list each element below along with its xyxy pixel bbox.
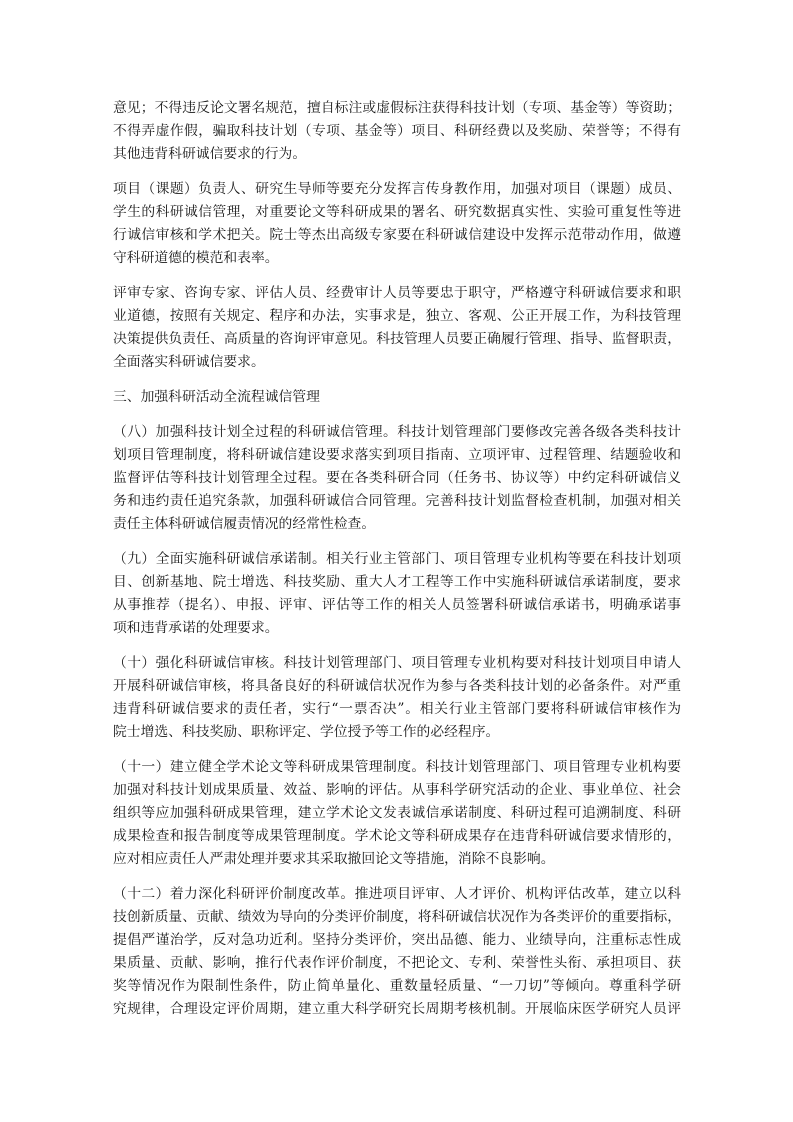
text-line: 其他违背科研诚信要求的行为。 [113, 143, 681, 166]
text-line: 目、创新基地、院士增选、科技奖励、重大人才工程等工作中实施科研诚信承诺制度，要求 [113, 571, 681, 594]
text-line: 项和违背承诺的处理要求。 [113, 617, 681, 640]
text-line: 业道德，按照有关规定、程序和办法，实事求是，独立、客观、公正开展工作，为科技管理 [113, 305, 681, 328]
text-line: 组织等应加强科研成果管理，建立学术论文发表诚信承诺制度、科研过程可追溯制度、科研 [113, 802, 681, 825]
text-line: 院士增选、科技奖励、职称评定、学位授予等工作的必经程序。 [113, 721, 681, 744]
text-line: 违背科研诚信要求的责任者，实行“一票否决”。相关行业主管部门要将科研诚信审核作为 [113, 698, 681, 721]
text-line: 划项目管理制度，将科研诚信建设要求落实到项目指南、立项评审、过程管理、结题验收和 [113, 444, 681, 467]
text-line: 加强对科技计划成果质量、效益、影响的评估。从事科学研究活动的企业、事业单位、社会 [113, 779, 681, 802]
text-line: 行诚信审核和学术把关。院士等杰出高级专家要在科研诚信建设中发挥示范带动作用，做遵 [113, 224, 681, 247]
text-line: （十）强化科研诚信审核。科技计划管理部门、项目管理专业机构要对科技计划项目申请人 [113, 652, 681, 675]
text-line: （十二）着力深化科研评价制度改革。推进项目评审、人才评价、机构评估改革，建立以科 [113, 883, 681, 906]
text-line: 果质量、贡献、影响，推行代表作评价制度，不把论文、专利、荣誉性头衔、承担项目、获 [113, 952, 681, 975]
text-line: 技创新质量、贡献、绩效为导向的分类评价制度，将科研诚信状况作为各类评价的重要指标… [113, 906, 681, 929]
text-line: 责任主体科研诚信履责情况的经常性检查。 [113, 513, 681, 536]
paragraph: （十二）着力深化科研评价制度改革。推进项目评审、人才评价、机构评估改革，建立以科… [113, 883, 681, 1021]
text-line: 提倡严谨治学，反对急功近利。坚持分类评价，突出品德、能力、业绩导向，注重标志性成 [113, 929, 681, 952]
text-line: （九）全面实施科研诚信承诺制。相关行业主管部门、项目管理专业机构等要在科技计划项 [113, 548, 681, 571]
document-body: 意见；不得违反论文署名规范，擅自标注或虚假标注获得科技计划（专项、基金等）等资助… [113, 97, 681, 1021]
text-line: （十一）建立健全学术论文等科研成果管理制度。科技计划管理部门、项目管理专业机构要 [113, 756, 681, 779]
paragraph: 项目（课题）负责人、研究生导师等要充分发挥言传身教作用，加强对项目（课题）成员、… [113, 178, 681, 270]
text-line: 奖等情况作为限制性条件，防止简单量化、重数量轻质量、“一刀切”等倾向。尊重科学研 [113, 975, 681, 998]
paragraph: （十一）建立健全学术论文等科研成果管理制度。科技计划管理部门、项目管理专业机构要… [113, 756, 681, 871]
paragraph: （九）全面实施科研诚信承诺制。相关行业主管部门、项目管理专业机构等要在科技计划项… [113, 548, 681, 640]
text-line: 开展科研诚信审核，将具备良好的科研诚信状况作为参与各类科技计划的必备条件。对严重 [113, 675, 681, 698]
text-line: 学生的科研诚信管理，对重要论文等科研成果的署名、研究数据真实性、实验可重复性等进 [113, 201, 681, 224]
text-line: 评审专家、咨询专家、评估人员、经费审计人员等要忠于职守，严格遵守科研诚信要求和职 [113, 282, 681, 305]
paragraph: （八）加强科技计划全过程的科研诚信管理。科技计划管理部门要修改完善各级各类科技计… [113, 421, 681, 536]
text-line: 从事推荐（提名）、申报、评审、评估等工作的相关人员签署科研诚信承诺书，明确承诺事 [113, 594, 681, 617]
text-line: 决策提供负责任、高质量的咨询评审意见。科技管理人员要正确履行管理、指导、监督职责… [113, 328, 681, 351]
text-line: 务和违约责任追究条款，加强科研诚信合同管理。完善科技计划监督检查机制，加强对相关 [113, 490, 681, 513]
text-line: 究规律，合理设定评价周期，建立重大科学研究长周期考核机制。开展临床医学研究人员评 [113, 998, 681, 1021]
paragraph: 评审专家、咨询专家、评估人员、经费审计人员等要忠于职守，严格遵守科研诚信要求和职… [113, 282, 681, 374]
text-line: 应对相应责任人严肃处理并要求其采取撤回论文等措施，消除不良影响。 [113, 848, 681, 871]
section-heading: 三、加强科研活动全流程诚信管理 [113, 386, 681, 409]
paragraph: （十）强化科研诚信审核。科技计划管理部门、项目管理专业机构要对科技计划项目申请人… [113, 652, 681, 744]
document-page: 意见；不得违反论文署名规范，擅自标注或虚假标注获得科技计划（专项、基金等）等资助… [0, 0, 793, 1122]
text-line: 全面落实科研诚信要求。 [113, 351, 681, 374]
text-line: 意见；不得违反论文署名规范，擅自标注或虚假标注获得科技计划（专项、基金等）等资助… [113, 97, 681, 120]
text-line: 成果检查和报告制度等成果管理制度。学术论文等科研成果存在违背科研诚信要求情形的， [113, 825, 681, 848]
paragraph: 意见；不得违反论文署名规范，擅自标注或虚假标注获得科技计划（专项、基金等）等资助… [113, 97, 681, 166]
text-line: 不得弄虚作假，骗取科技计划（专项、基金等）项目、科研经费以及奖励、荣誉等；不得有 [113, 120, 681, 143]
text-line: （八）加强科技计划全过程的科研诚信管理。科技计划管理部门要修改完善各级各类科技计 [113, 421, 681, 444]
text-line: 三、加强科研活动全流程诚信管理 [113, 386, 681, 409]
text-line: 监督评估等科技计划管理全过程。要在各类科研合同（任务书、协议等）中约定科研诚信义 [113, 467, 681, 490]
text-line: 守科研道德的模范和表率。 [113, 247, 681, 270]
text-line: 项目（课题）负责人、研究生导师等要充分发挥言传身教作用，加强对项目（课题）成员、 [113, 178, 681, 201]
